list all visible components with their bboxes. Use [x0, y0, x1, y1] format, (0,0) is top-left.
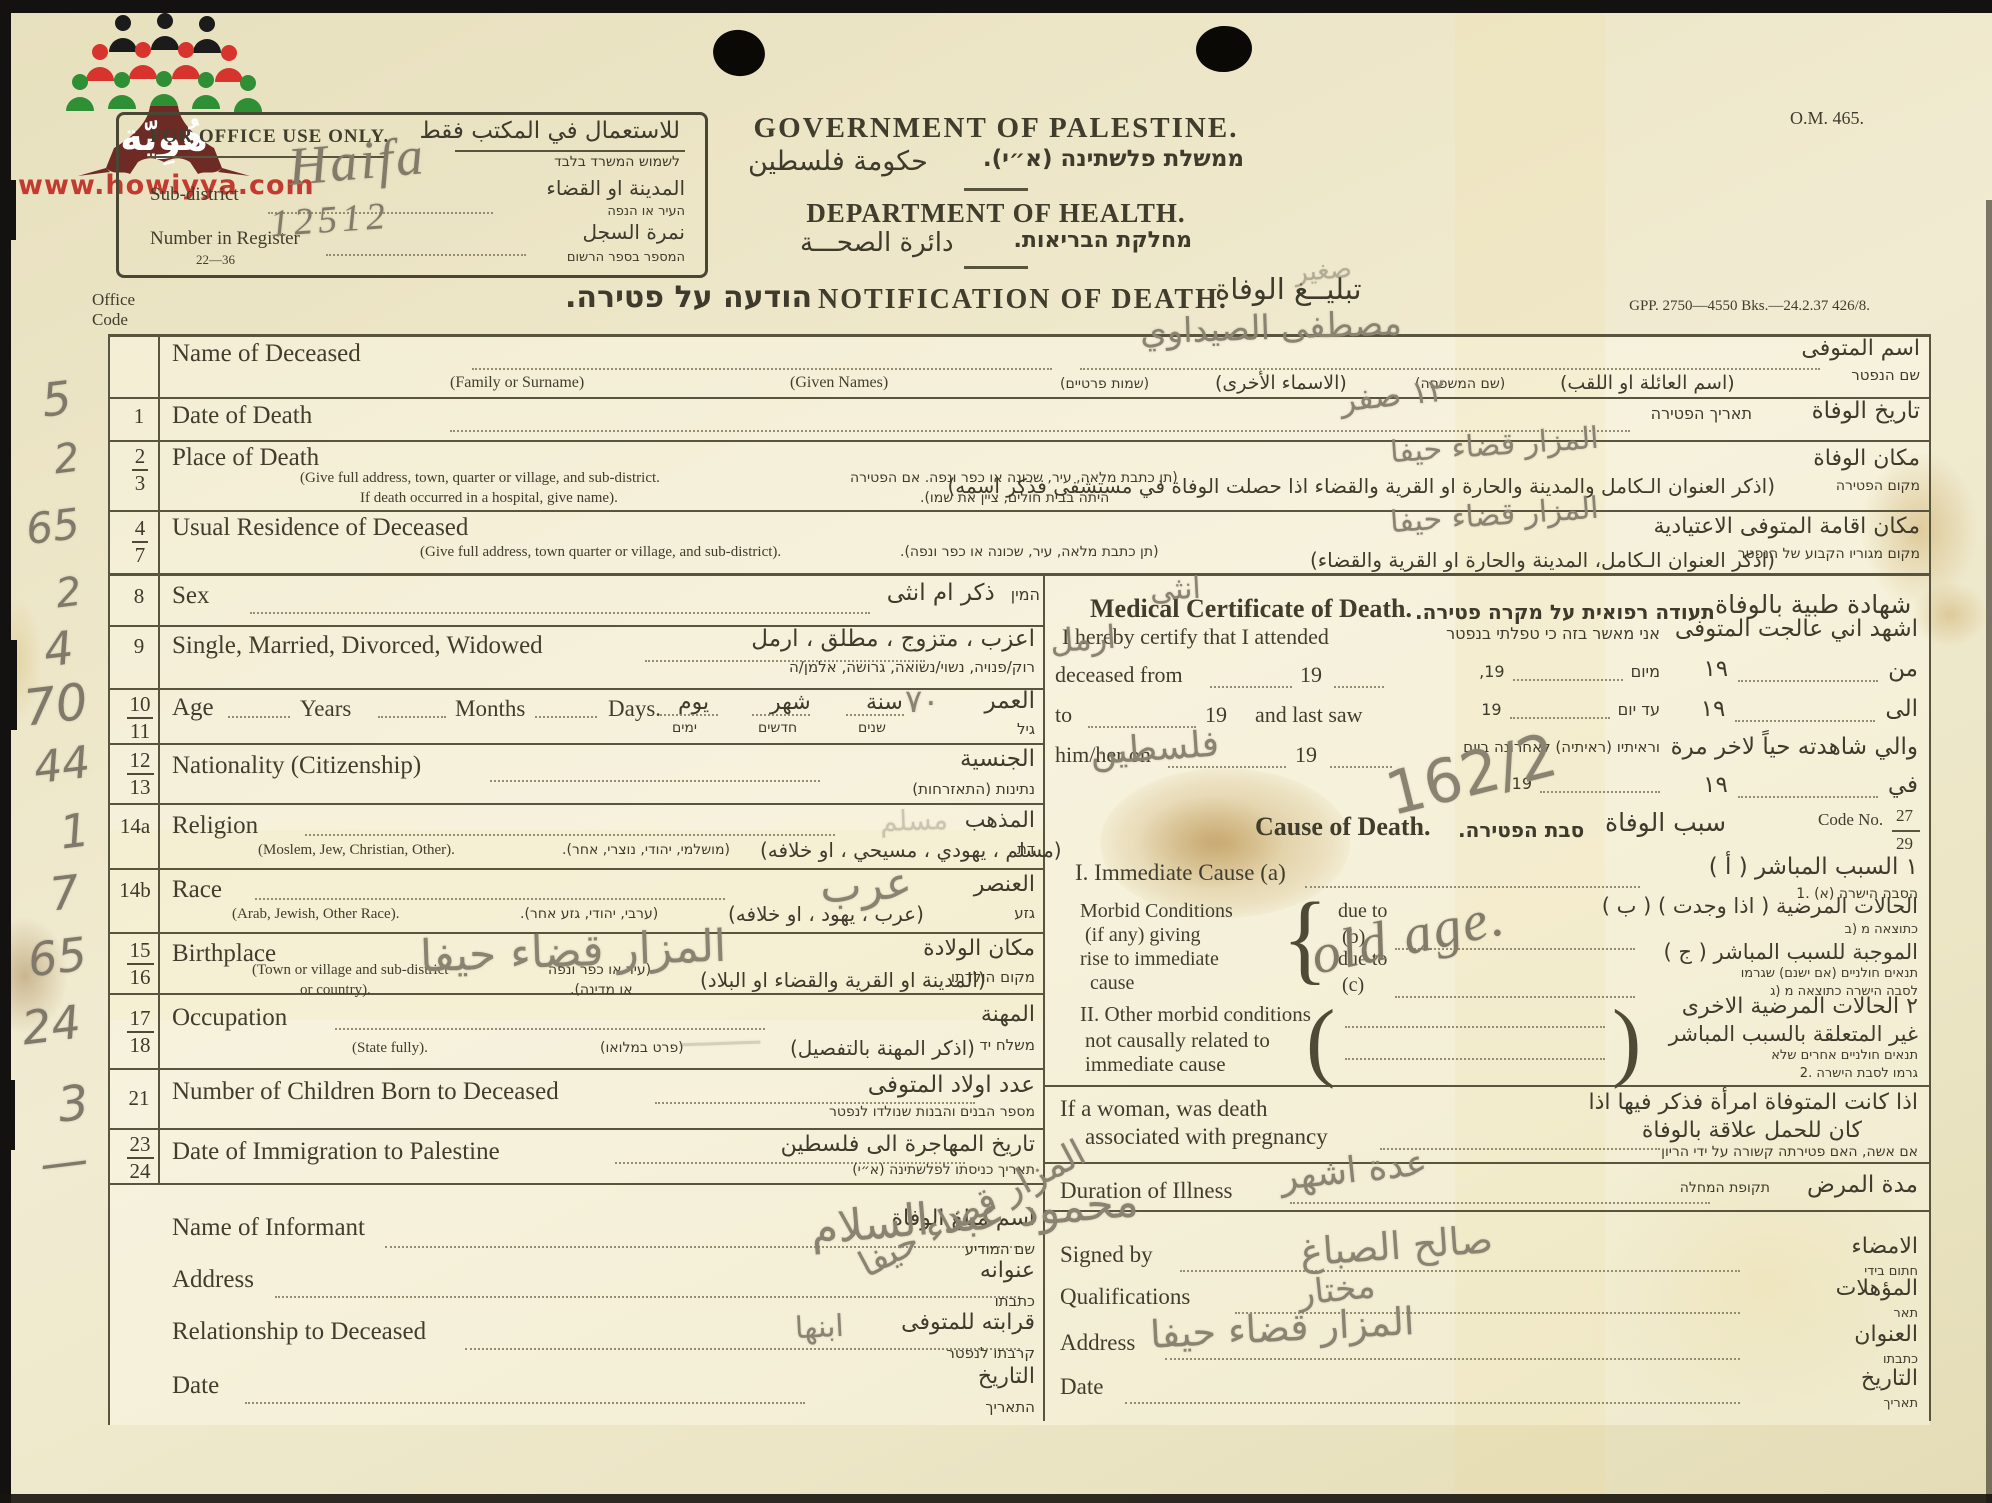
- handwriting-age: ٧٠: [905, 682, 939, 720]
- row-number: 15 16: [118, 938, 162, 990]
- field-label-immigration: Date of Immigration to Palestine: [172, 1138, 500, 1166]
- row-number: 12 13: [118, 748, 162, 800]
- table-rule: [108, 397, 1930, 399]
- signed-by-label: Signed by: [1060, 1242, 1153, 1268]
- age-day-ar: يوم: [678, 690, 709, 715]
- dotted-line: [275, 1296, 1020, 1298]
- table-rule: [108, 440, 1930, 442]
- signed-by-ar: الامضاء: [1851, 1234, 1918, 1259]
- field-label-occupation: Occupation: [172, 1004, 287, 1032]
- place-of-death-he: מקום הפטירה: [1836, 478, 1920, 494]
- marital-he: רוק/פנויה, נשוי/נשואה, גרושה, אלמן/ה: [789, 658, 1035, 676]
- relationship-he: קרבתו לנפטר: [946, 1344, 1035, 1362]
- date-of-death-he: תאריך הפטירה: [1651, 404, 1752, 423]
- sublabel-given-ar: (الاسماء الأخرى): [1215, 372, 1347, 394]
- medical-title-en: Medical Certificate of Death.: [1090, 594, 1412, 624]
- medical-from-he: מיום 19,: [1479, 662, 1660, 681]
- residence-sub-he: (תן כתבת מלאה, עיר, שכונה או כפר ונפה).: [900, 544, 1159, 560]
- row-number-bottom: 11: [127, 717, 153, 744]
- dotted-line: [245, 1402, 805, 1404]
- sex-ar: ذكر ام انثى: [887, 580, 995, 606]
- government-title-en: GOVERNMENT OF PALESTINE.: [646, 112, 1346, 145]
- informant-date-he: התאריך: [985, 1398, 1035, 1416]
- medical-certify-he: אני מאשר בזה כי טפלתי בנפטר: [1446, 624, 1660, 643]
- medical-from-ar: من ١٩: [1703, 656, 1918, 682]
- punch-hole: [1194, 24, 1253, 74]
- cause-title-he: סבת הפטירה.: [1458, 818, 1584, 842]
- handwriting-name-note: صغير: [1294, 254, 1353, 288]
- dotted-line: [846, 714, 904, 716]
- office-code-line2: Code: [92, 310, 135, 330]
- medical-lastsaw-en: and last saw: [1255, 702, 1363, 728]
- margin-code-race: 7: [47, 864, 83, 921]
- occupation-sub-he: (פרט במלואו): [600, 1040, 684, 1056]
- handwriting-register-number: 12512: [269, 194, 392, 246]
- age-months-label: Months: [455, 696, 525, 722]
- field-label-name-he: שם הנפטר: [1851, 366, 1920, 384]
- field-label-name-ar: اسم المتوفى: [1801, 336, 1920, 361]
- residence-ar: مكان اقامة المتوفى الاعتيادية: [1653, 514, 1920, 539]
- medical-to-ar-word: الى: [1885, 696, 1918, 722]
- dotted-line: [1334, 686, 1384, 688]
- dotted-line: [490, 780, 820, 782]
- medical-from-ar-19: ١٩: [1703, 656, 1728, 682]
- margin-code-marital: 4: [41, 620, 77, 677]
- other-morbid-line-2: not causally related to: [1085, 1028, 1270, 1053]
- dotted-line: [1210, 686, 1292, 688]
- field-label-place-of-death: Place of Death: [172, 444, 319, 472]
- row-number-top: 2: [135, 444, 146, 469]
- field-label-relationship: Relationship to Deceased: [172, 1318, 426, 1346]
- dotted-line: [326, 254, 526, 256]
- row-number-top: 15: [130, 938, 151, 963]
- handwriting-race: عرب: [819, 858, 913, 914]
- occupation-sub-en: (State fully).: [352, 1040, 428, 1057]
- row-number: 4 7: [118, 516, 162, 568]
- form-title-he: הודעה על פטירה.: [565, 280, 812, 315]
- sublabel-family-ar: (اسم العائلة او اللقب): [1560, 372, 1735, 394]
- medical-to-en: to: [1055, 702, 1072, 728]
- dotted-line: [465, 1348, 1020, 1350]
- medical-to-he-word: עד יום: [1618, 700, 1660, 719]
- header-divider: [964, 266, 1028, 269]
- birthplace-sub-en-2: or country).: [300, 982, 371, 999]
- row-number: 21: [118, 1086, 160, 1111]
- sex-he: המין: [1011, 585, 1040, 604]
- morbid-line-4: cause: [1090, 972, 1134, 995]
- morbid-he-1: כתוצאה מ (ב: [1844, 922, 1918, 937]
- birthplace-he: מקום הולדתו: [951, 968, 1035, 986]
- birthplace-sub-en-1: (Town or village and sub-district: [252, 962, 448, 979]
- table-rule: [108, 334, 1930, 337]
- age-days-label: Days.: [608, 696, 661, 722]
- register-range: 22—36: [196, 252, 235, 268]
- morbid-line-3: rise to immediate: [1080, 948, 1219, 971]
- field-label-residence: Usual Residence of Deceased: [172, 514, 468, 542]
- dotted-line: [1540, 791, 1660, 793]
- dotted-line: [1080, 368, 1820, 370]
- age-day-he: ימים: [672, 720, 697, 736]
- table-rule: [1043, 1085, 1930, 1087]
- field-label-age: Age: [172, 694, 214, 722]
- table-rule: [108, 1128, 1043, 1130]
- dotted-line: [535, 716, 597, 718]
- occupation-sub-ar: (اذكر المهنة بالتفصيل): [790, 1036, 975, 1060]
- field-label-sex: Sex: [172, 582, 210, 610]
- medical-from-he-word: מיום: [1631, 662, 1660, 681]
- pregnancy-ar-1: اذا كانت المتوفاة امرأة فذكر فيها اذا: [1588, 1090, 1918, 1115]
- department-title-en: DEPARTMENT OF HEALTH.: [646, 198, 1346, 229]
- marital-ar: اعزب ، متزوج ، مطلق ، ارمل: [751, 626, 1035, 652]
- other-morbid-he-2: גרמו לסבת הישרה .2: [1800, 1066, 1918, 1081]
- government-title-he: ממשלת פלשתינה (א״י).: [983, 146, 1244, 177]
- department-title-he: מחלקת הבריאות.: [1014, 228, 1192, 258]
- other-morbid-ar-1: ٢ الحالات المرضية الاخرى: [1682, 994, 1918, 1019]
- field-label-children: Number of Children Born to Deceased: [172, 1078, 559, 1106]
- morbid-he-2: תנאים חולניים (אם ישנם) שגרמו: [1741, 966, 1918, 981]
- doctor-address-label: Address: [1060, 1330, 1135, 1356]
- margin-code-religion: 1: [57, 802, 93, 859]
- morbid-ar-2: الموجبة للسبب المباشر ( ج ): [1664, 940, 1918, 964]
- dotted-line: [255, 898, 725, 900]
- medical-to-he-19: 19: [1481, 700, 1501, 719]
- other-morbid-paren-left: (: [1306, 998, 1335, 1086]
- handwriting-subdistrict: Haifa: [286, 124, 429, 198]
- header-divider: [964, 188, 1028, 191]
- medical-title-ar: شهادة طبية بالوفاة: [1715, 590, 1911, 619]
- row-number: 14a: [114, 814, 156, 839]
- dotted-line: [1125, 1402, 1740, 1404]
- doctor-date-label: Date: [1060, 1374, 1103, 1400]
- dotted-line: [660, 714, 718, 716]
- doctor-date-he: תאריך: [1884, 1396, 1918, 1411]
- cause-immediate-en: I. Immediate Cause (a): [1075, 860, 1286, 886]
- nationality-he: נתינות (התאזרחות): [912, 780, 1035, 798]
- dotted-line: [228, 716, 290, 718]
- dotted-line: [1180, 1270, 1740, 1272]
- margin-code-immigration: —: [37, 1131, 91, 1192]
- dotted-line: [1738, 680, 1878, 682]
- office-use-title-ar: للاستعمال في المكتب فقط: [419, 118, 680, 144]
- row-number-top: 4: [135, 516, 146, 541]
- religion-he: דת: [1017, 840, 1035, 858]
- scan-edge-right: [1986, 200, 1992, 1503]
- row-number-top: 17: [130, 1006, 151, 1031]
- rule: [1892, 830, 1920, 832]
- residence-sub-en: (Give full address, town quarter or vill…: [420, 544, 781, 561]
- other-morbid-paren-right: ): [1612, 998, 1641, 1086]
- handwriting-religion: مسلم: [879, 803, 948, 838]
- age-ar: العمر: [985, 688, 1035, 714]
- dotted-line: [1735, 720, 1875, 722]
- place-sub-en-2: If death occurred in a hospital, give na…: [360, 490, 618, 507]
- place-sub-ar: (اذكر العنوان الـكامل والمدينة والحارة ا…: [947, 474, 1775, 498]
- morbid-ar-1: الحالات المرضية ( اذا وجدت ) ( ب ): [1602, 894, 1918, 918]
- office-use-title-he: לשמוש המשרד בלבד: [554, 154, 680, 170]
- table-border: [1043, 573, 1045, 1421]
- pregnancy-line-2: associated with pregnancy: [1085, 1124, 1328, 1150]
- row-number: 10 11: [118, 692, 162, 744]
- row-number-top: 23: [130, 1132, 151, 1157]
- pregnancy-he: אם אשה, האם פטירתה קשורה על ידי הריון: [1661, 1144, 1918, 1160]
- birthplace-sub-he-2: או מדינה).: [570, 982, 633, 998]
- rule: [455, 150, 685, 152]
- age-he: גיל: [1017, 720, 1035, 738]
- dotted-line: [472, 368, 1052, 370]
- margin-code-residence: 65: [23, 499, 82, 554]
- children-he: מספר הבנים והבנות שנולדו לנפטר: [829, 1104, 1035, 1120]
- informant-address-ar: عنوانه: [980, 1258, 1035, 1283]
- row-number: 2 3: [118, 444, 162, 496]
- field-label-religion: Religion: [172, 812, 258, 840]
- punch-hole: [709, 26, 768, 80]
- subdistrict-label-ar: المدينة او القضاء: [546, 176, 685, 200]
- subdistrict-label: Sub-district: [150, 184, 239, 206]
- row-number-top: 10: [130, 692, 151, 717]
- dotted-line: [305, 834, 835, 836]
- handwriting-birthplace: المزار قضاء حيفا: [419, 921, 727, 983]
- age-years-label: Years: [300, 696, 351, 722]
- other-morbid-ar-2: غير المتعلقة بالسبب المباشر: [1669, 1022, 1918, 1046]
- field-label-race: Race: [172, 876, 222, 904]
- dotted-line: [752, 714, 810, 716]
- dotted-line: [1738, 796, 1878, 798]
- row-number-top: 12: [130, 748, 151, 773]
- dotted-line: [1165, 1358, 1740, 1360]
- table-rule: [108, 1068, 1043, 1070]
- handwriting-relationship: ابنها: [794, 1309, 844, 1347]
- field-label-name: Name of Deceased: [172, 340, 361, 368]
- field-label-nationality: Nationality (Citizenship): [172, 752, 421, 780]
- sublabel-given-he: (שמות פרטיים): [1060, 376, 1149, 392]
- race-ar: العنصر: [974, 872, 1035, 897]
- medical-on-ar: في ١٩: [1703, 772, 1918, 798]
- margin-code-occupation: 24: [19, 995, 84, 1056]
- dotted-line: [1345, 1026, 1605, 1028]
- other-morbid-line-1: II. Other morbid conditions: [1080, 1002, 1311, 1027]
- other-morbid-he-1: תנאים חולניים אחרים שלא: [1771, 1048, 1918, 1063]
- row-number-bottom: 3: [132, 469, 149, 496]
- margin-code-nationality: 44: [31, 737, 93, 794]
- row-number-bottom: 18: [127, 1031, 154, 1058]
- table-rule: [108, 510, 1930, 512]
- dotted-line: [1510, 717, 1610, 719]
- duration-he: תקופת המחלה: [1680, 1180, 1770, 1196]
- race-sub-en: (Arab, Jewish, Other Race).: [232, 906, 399, 923]
- row-number-bottom: 7: [132, 541, 149, 568]
- race-sub-he: (ערבי, יהודי, גזע אחר).: [520, 906, 658, 922]
- row-number-bottom: 13: [127, 773, 154, 800]
- doctor-date-ar: التاريخ: [1861, 1366, 1918, 1391]
- register-label-he: המספר בספר הרשום: [567, 250, 685, 265]
- row-number: 14b: [114, 878, 156, 903]
- scan-edge-left-bump: [10, 1080, 15, 1150]
- pregnancy-line-1: If a woman, was death: [1060, 1096, 1268, 1122]
- table-rule: [108, 573, 1930, 576]
- immigration-ar: تاريخ المهاجرة الى فلسطين: [781, 1132, 1035, 1157]
- medical-from-ar-word: من: [1888, 656, 1918, 682]
- occupation-he: משלח יד: [980, 1036, 1035, 1054]
- scan-edge-left-bump: [10, 180, 16, 240]
- occupation-ar: المهنة: [981, 1002, 1035, 1027]
- religion-sub-he: (מושלמי, יהודי, נוצרי, אחר).: [562, 842, 730, 858]
- scanned-death-notification-form: هُوِيّة www.howiyya.com O.M. 465. GPP. 2…: [0, 0, 1992, 1503]
- age-year-ar: سنة: [866, 690, 903, 715]
- margin-code-birthplace: 65: [25, 927, 90, 988]
- sex-labels: ذكر ام انثى המין: [887, 580, 1040, 606]
- doctor-address-ar: العنوان: [1854, 1322, 1918, 1347]
- table-rule: [108, 743, 1043, 745]
- medical-from-en: deceased from: [1055, 662, 1183, 688]
- race-he: גזע: [1014, 904, 1035, 922]
- medical-certify-ar: اشهد اني عالجت المتوفى: [1675, 616, 1918, 642]
- cause-immediate-ar: ١ السبب المباشر ( أ ): [1709, 854, 1918, 880]
- dotted-line: [1345, 1058, 1605, 1060]
- morbid-line-2: (if any) giving: [1085, 924, 1201, 947]
- medical-from-he-19: 19,: [1479, 662, 1504, 681]
- field-label-marital: Single, Married, Divorced, Widowed: [172, 632, 543, 660]
- religion-ar: المذهب: [965, 808, 1035, 833]
- row-number: 9: [118, 634, 160, 659]
- sublabel-given-en: (Given Names): [790, 374, 888, 392]
- qualifications-label: Qualifications: [1060, 1284, 1190, 1310]
- medical-title-he: תעודה רפואית על מקרה פטירה.: [1415, 600, 1715, 624]
- cause-code-bottom: 29: [1896, 834, 1913, 854]
- government-title-bi: حكومة فلسطين ממשלת פלשתינה (א״י).: [700, 146, 1292, 177]
- age-month-he: חדשים: [758, 720, 797, 736]
- table-rule: [1043, 1162, 1930, 1164]
- children-ar: عدد اولاد المتوفى: [868, 1072, 1035, 1098]
- dotted-line: [1395, 996, 1635, 998]
- margin-code-age: 70: [21, 672, 91, 737]
- qualifications-ar: المؤهلات: [1836, 1276, 1918, 1301]
- place-sub-en-1: (Give full address, town, quarter or vil…: [300, 470, 660, 487]
- birthplace-sub-ar: (المدينة او القرية والقضاء او البلاد): [700, 968, 986, 992]
- margin-code-place: 2: [51, 435, 82, 484]
- sublabel-family-en: (Family or Surname): [450, 374, 584, 392]
- scan-edge-left-bump: [10, 640, 17, 730]
- row-number-bottom: 24: [127, 1157, 154, 1184]
- doctor-address-he: כתבתו: [1883, 1352, 1918, 1367]
- row-number-bottom: 16: [127, 963, 154, 990]
- form-number: O.M. 465.: [1790, 108, 1864, 129]
- medical-to-ar-19: ١٩: [1701, 696, 1726, 722]
- row-number: 8: [118, 584, 160, 609]
- row-number: 23 24: [118, 1132, 162, 1184]
- dotted-line: [1305, 886, 1640, 888]
- other-morbid-line-3: immediate cause: [1085, 1052, 1226, 1077]
- qualifications-he: תאר: [1893, 1306, 1918, 1321]
- margin-code-children: 3: [55, 1074, 92, 1133]
- medical-lastsaw-ar: والي شاهدته حياً لاخر مرة: [1671, 734, 1918, 760]
- age-year-he: שנים: [858, 720, 886, 736]
- date-of-death-ar: تاريخ الوفاة: [1812, 398, 1920, 424]
- office-code-line1: Office: [92, 290, 135, 310]
- scan-edge-bottom: [0, 1494, 1992, 1503]
- row-number: 1: [118, 404, 160, 429]
- department-title-ar: دائرة الصحـــة: [800, 228, 954, 258]
- margin-code-sex: 2: [53, 569, 84, 618]
- pregnancy-ar-2: كان للحمل علاقة بالوفاة: [1642, 1118, 1862, 1143]
- informant-address-he: כתבתו: [995, 1292, 1035, 1310]
- field-label-informant-date: Date: [172, 1372, 219, 1400]
- handwriting-occupation: ــــــــ: [679, 1013, 760, 1056]
- row-number: 17 18: [118, 1006, 162, 1058]
- handwriting-marital: ارمل: [1049, 618, 1117, 660]
- medical-from-19: 19: [1300, 662, 1322, 688]
- table-rule: [1043, 1210, 1930, 1212]
- place-of-death-ar: مكان الوفاة: [1813, 446, 1920, 471]
- table-border: [1929, 334, 1931, 1421]
- age-month-ar: شهر: [770, 690, 811, 715]
- dotted-line: [1290, 1202, 1710, 1204]
- informant-date-ar: التاريخ: [978, 1364, 1035, 1389]
- duration-ar: مدة المرض: [1807, 1172, 1918, 1198]
- cause-code-top: 27: [1896, 806, 1913, 826]
- medical-himher-19: 19: [1295, 742, 1317, 768]
- dotted-line: [1513, 679, 1623, 681]
- relationship-ar: قرابته للمتوفى: [901, 1310, 1035, 1335]
- nationality-ar: الجنسية: [960, 746, 1035, 772]
- handwriting-sex: انثى: [1149, 571, 1202, 609]
- office-code-label: Office Code: [92, 290, 135, 330]
- field-label-date-of-death: Date of Death: [172, 402, 312, 430]
- cause-code-label: Code No.: [1818, 810, 1883, 830]
- residence-he: מקום מגוריו הקבוע של הנפטר: [1738, 546, 1920, 562]
- medical-on-ar-word: في: [1888, 772, 1918, 798]
- print-reference: GPP. 2750—4550 Bks.—24.2.37 426/8.: [1629, 298, 1870, 315]
- table-rule: [108, 1183, 1043, 1185]
- department-title-bi: دائرة الصحـــة מחלקת הבריאות.: [700, 228, 1292, 258]
- morbid-line-1: Morbid Conditions: [1080, 900, 1233, 923]
- medical-on-ar-19: ١٩: [1703, 772, 1728, 798]
- field-label-informant-address: Address: [172, 1266, 254, 1294]
- dotted-line: [378, 716, 446, 718]
- medical-to-he: עד יום 19: [1481, 700, 1660, 719]
- margin-code-date: 5: [39, 370, 75, 427]
- cause-title-ar: سبب الوفاة: [1605, 808, 1726, 837]
- government-title-ar: حكومة فلسطين: [748, 146, 928, 177]
- birthplace-ar: مكان الولادة: [923, 936, 1035, 961]
- field-label-informant-name: Name of Informant: [172, 1214, 365, 1242]
- religion-sub-en: (Moslem, Jew, Christian, Other).: [258, 842, 455, 859]
- residence-sub-ar: (اذكر العنوان الـكامل، المدينة والحارة ا…: [1310, 548, 1775, 572]
- dotted-line: [250, 612, 870, 614]
- informant-name-he: שם המודיע: [965, 1240, 1035, 1258]
- table-border: [108, 334, 110, 1425]
- medical-to-ar: الى ١٩: [1701, 696, 1918, 722]
